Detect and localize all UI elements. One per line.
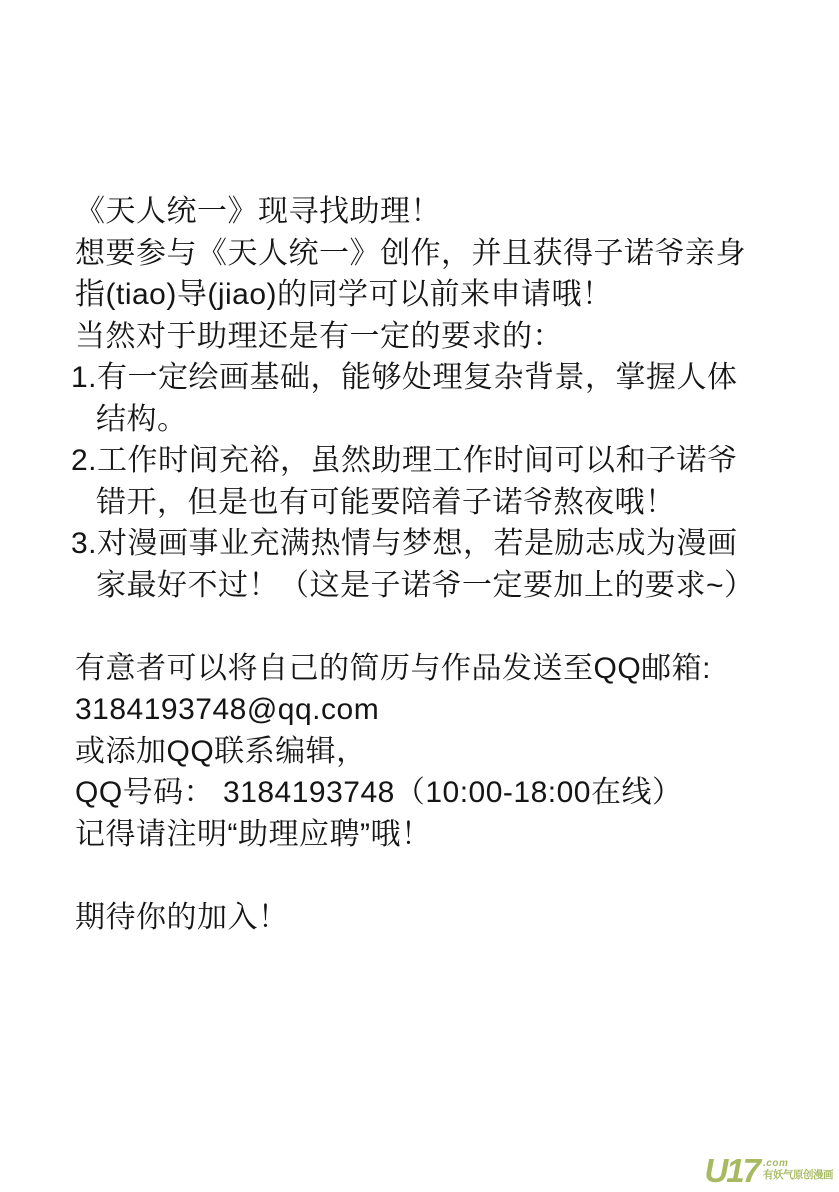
text-line <box>75 606 785 648</box>
text-line: 指(tiao)导(jiao)的同学可以前来申请哦！ <box>75 274 785 316</box>
text-line: 期待你的加入！ <box>75 897 785 939</box>
text-line: 当然对于助理还是有一定的要求的： <box>75 316 785 358</box>
announcement-text: 《天人统一》现寻找助理！想要参与《天人统一》创作，并且获得子诺爷亲身指(tiao… <box>75 191 785 938</box>
text-line: 记得请注明“助理应聘”哦！ <box>75 814 785 856</box>
u17-site-name: 有妖气原创漫画 <box>763 1169 833 1182</box>
text-line: 2.工作时间充裕，虽然助理工作时间可以和子诺爷 <box>71 440 785 482</box>
text-line: 3184193748@qq.com <box>75 689 785 731</box>
comic-page-canvas: 《天人统一》现寻找助理！想要参与《天人统一》创作，并且获得子诺爷亲身指(tiao… <box>0 0 839 1192</box>
u17-watermark: U17 .com 有妖气原创漫画 <box>704 1157 833 1185</box>
text-line: 1.有一定绘画基础，能够处理复杂背景，掌握人体 <box>71 357 785 399</box>
text-line: 3.对漫画事业充满热情与梦想，若是励志成为漫画 <box>71 523 785 565</box>
text-line: QQ号码： 3184193748（10:00-18:00在线） <box>75 772 785 814</box>
text-line: 《天人统一》现寻找助理！ <box>75 191 785 233</box>
u17-logo: U17 <box>704 1157 759 1185</box>
text-line <box>75 855 785 897</box>
u17-domain-suffix: .com <box>763 1159 833 1169</box>
text-line: 结构。 <box>75 399 785 441</box>
text-line: 错开，但是也有可能要陪着子诺爷熬夜哦！ <box>75 482 785 524</box>
text-line: 有意者可以将自己的简历与作品发送至QQ邮箱: <box>75 648 785 690</box>
text-line: 想要参与《天人统一》创作，并且获得子诺爷亲身 <box>75 233 785 275</box>
u17-watermark-right: .com 有妖气原创漫画 <box>763 1157 833 1182</box>
text-line: 家最好不过！（这是子诺爷一定要加上的要求~） <box>75 565 785 607</box>
text-line: 或添加QQ联系编辑， <box>75 731 785 773</box>
